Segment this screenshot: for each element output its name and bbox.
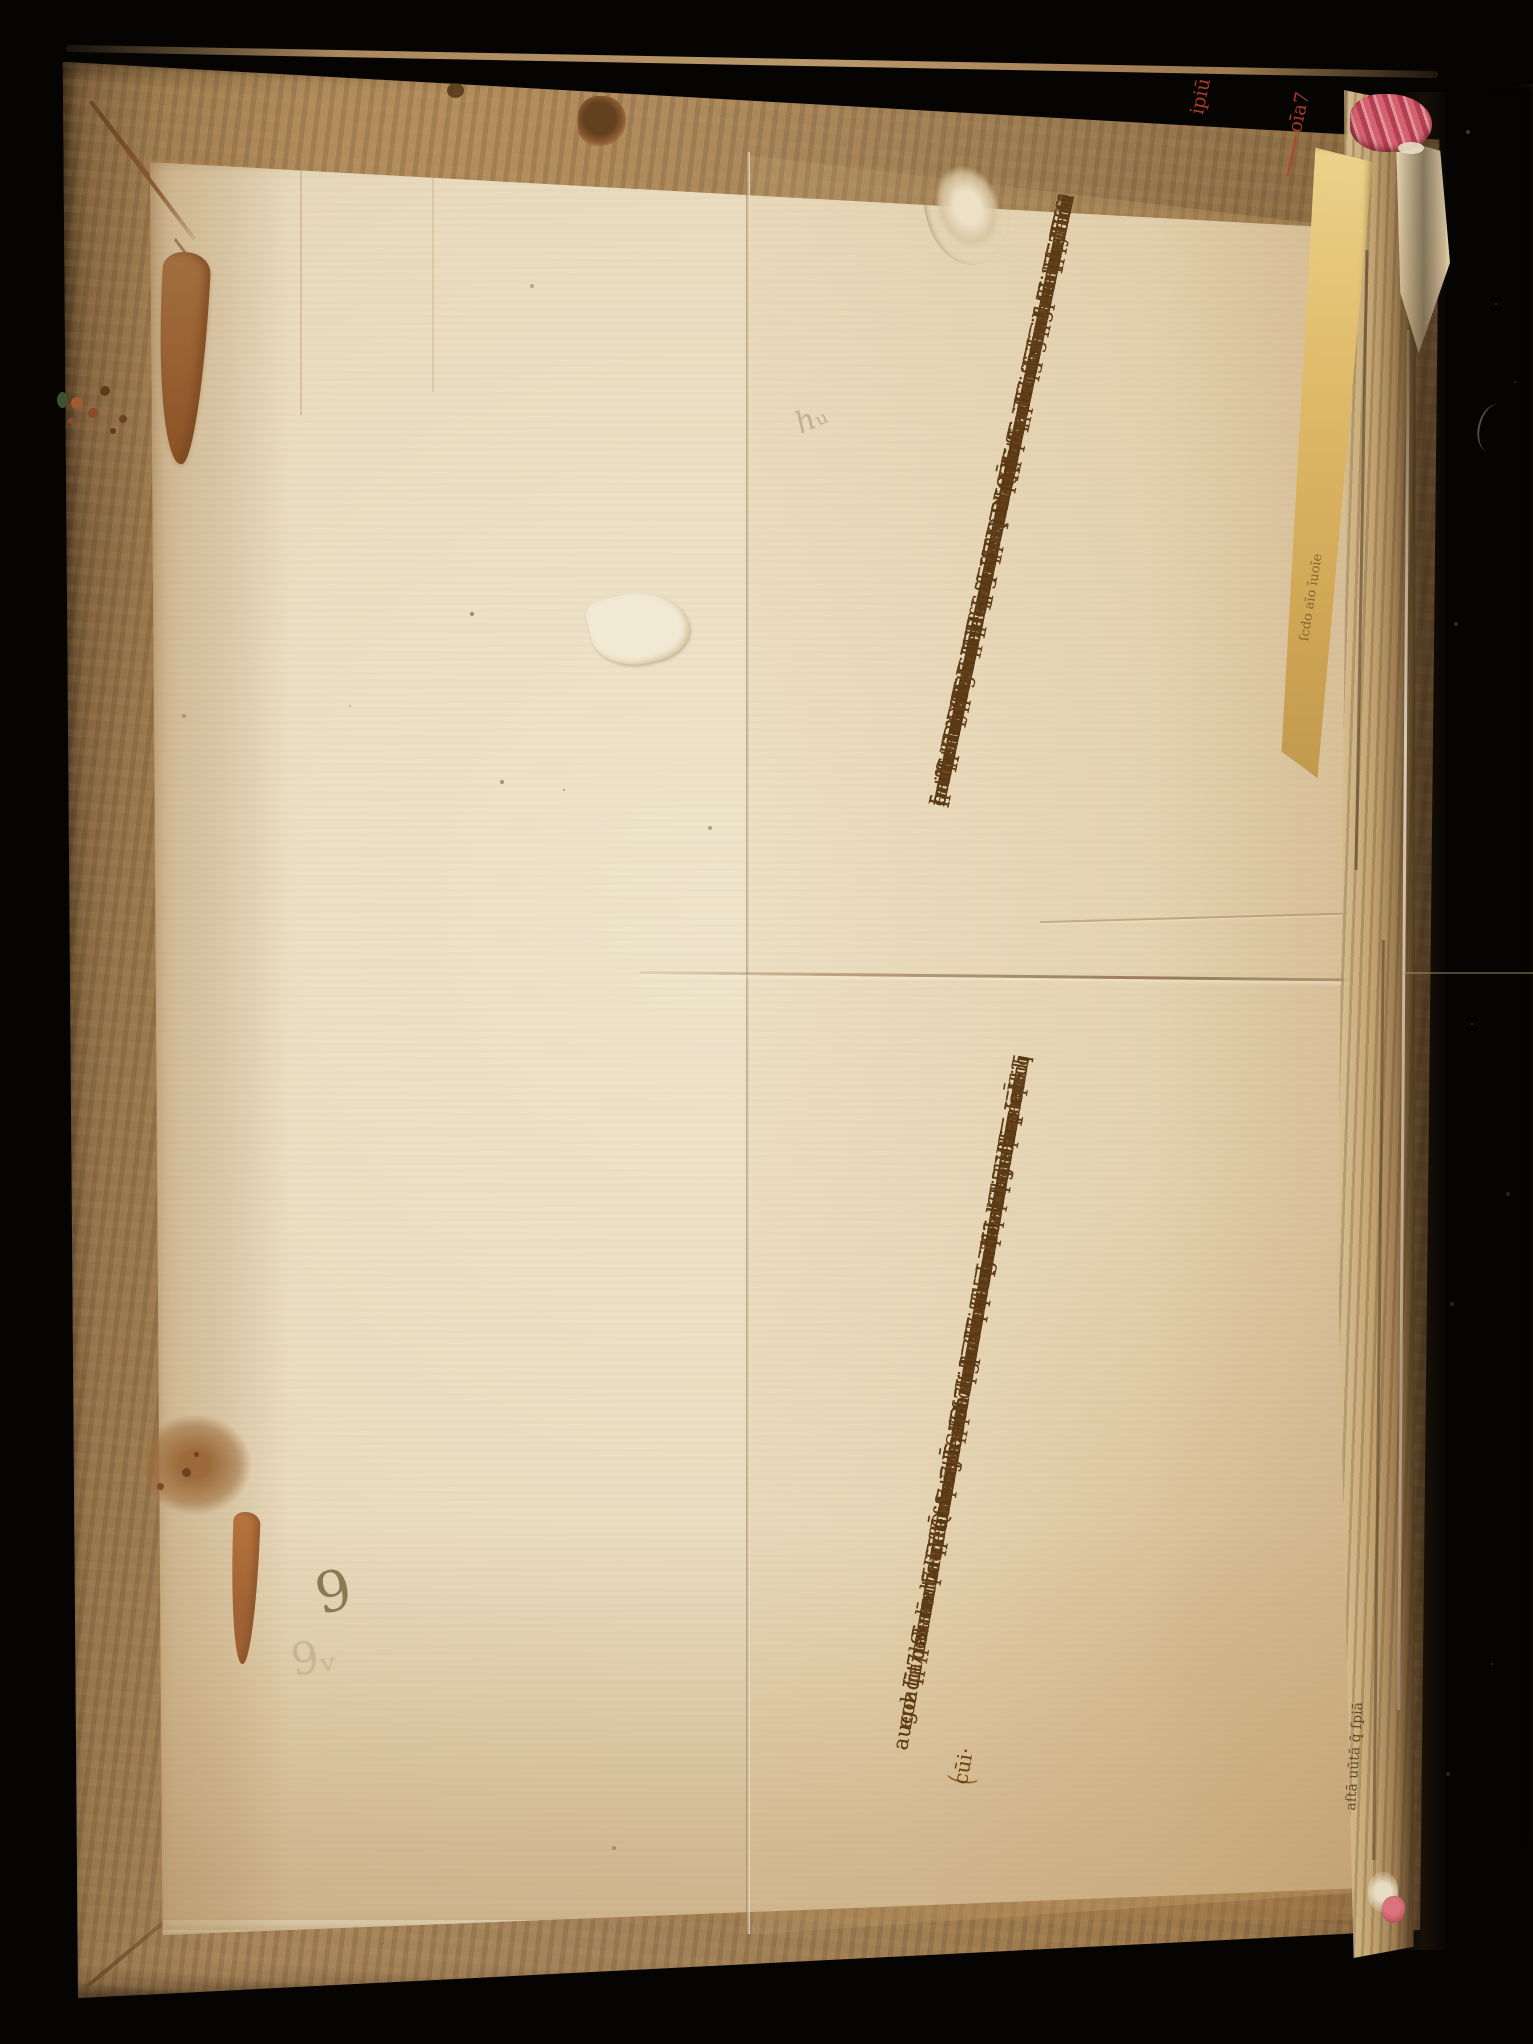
red-rubric-incipit: oīa7 [1284, 90, 1314, 135]
glue-stain-patch-bottom-left [146, 1416, 268, 1524]
foxing-speckles-flyleaf [1466, 130, 1470, 134]
flyleaf-fold-crease [1402, 972, 1533, 974]
fragment-sheet-left-edge [746, 152, 750, 1934]
parchment-fold-line [432, 162, 434, 392]
red-rubric-marginal: ipiū [1186, 76, 1215, 116]
green-pigment-speck [57, 392, 68, 408]
ink-speckles-pastedown [470, 612, 474, 616]
parchment-fold-line [300, 165, 302, 415]
rust-dots-bottom-left [182, 1468, 191, 1477]
manuscript-photo-stage: 9 9ᵥ ℎᵤ dnoyſe· udet· & cōtnere oīa· & o… [0, 0, 1533, 2044]
board-top-edge-highlight [66, 45, 1438, 78]
rust-stain-dots-left [100, 386, 110, 396]
dark-stain-dot-top [447, 83, 464, 98]
headband-thread-bit [1398, 142, 1424, 154]
